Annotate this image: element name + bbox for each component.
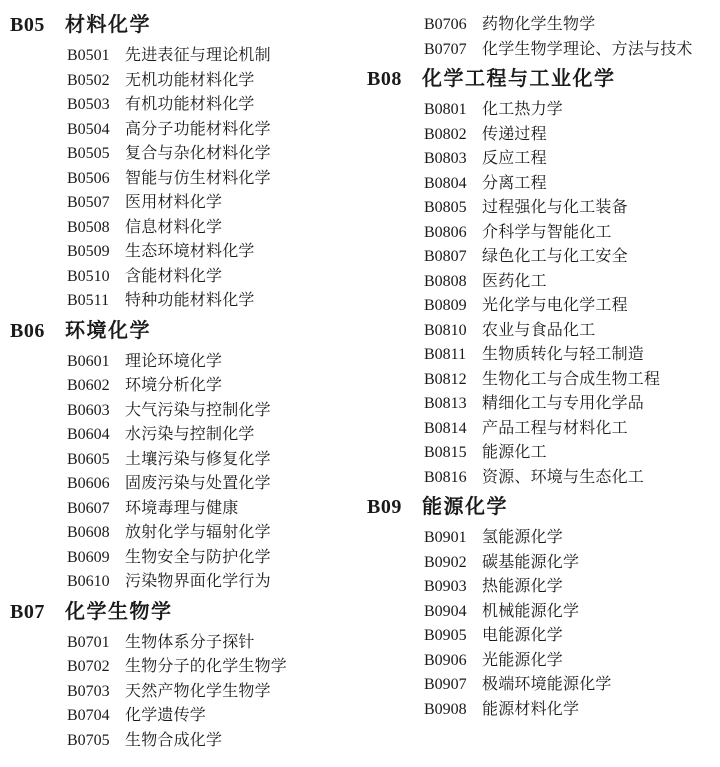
subject-item: B0506智能与仿生材料化学 (67, 167, 360, 192)
subject-code: B0603 (67, 399, 125, 424)
subject-name: 环境分析化学 (125, 374, 222, 399)
subject-item: B0503有机功能材料化学 (67, 93, 360, 118)
subject-name: 有机功能材料化学 (125, 93, 255, 118)
subject-code: B0606 (67, 472, 125, 497)
subject-name: 污染物界面化学行为 (125, 570, 271, 595)
subject-code: B0707 (424, 38, 482, 63)
subject-item: B0814产品工程与材料化工 (424, 417, 720, 442)
subject-item: B0811生物质转化与轻工制造 (424, 343, 720, 368)
subject-name: 碳基能源化学 (482, 551, 579, 576)
subject-code: B0509 (67, 240, 125, 265)
subject-item: B0906光能源化学 (424, 649, 720, 674)
subject-code: B0702 (67, 655, 125, 680)
subject-name: 含能材料化学 (125, 265, 222, 290)
subject-code: B0803 (424, 147, 482, 172)
subject-code: B0811 (424, 343, 482, 368)
subject-item: B0607环境毒理与健康 (67, 497, 360, 522)
subject-item: B0908能源材料化学 (424, 698, 720, 723)
subject-name: 复合与杂化材料化学 (125, 142, 271, 167)
subject-code: B0505 (67, 142, 125, 167)
subject-code: B0501 (67, 44, 125, 69)
subject-item: B0903热能源化学 (424, 575, 720, 600)
subject-code: B0510 (67, 265, 125, 290)
subject-code: B0507 (67, 191, 125, 216)
subject-name: 过程强化与化工装备 (482, 196, 628, 221)
subject-item: B0816资源、环境与生态化工 (424, 466, 720, 491)
section-code: B09 (367, 492, 422, 522)
subject-item: B0803反应工程 (424, 147, 720, 172)
subject-code: B0604 (67, 423, 125, 448)
subject-code: B0802 (424, 123, 482, 148)
subject-code: B0502 (67, 69, 125, 94)
subject-name: 传递过程 (482, 123, 547, 148)
subject-code: B0813 (424, 392, 482, 417)
subject-code: B0508 (67, 216, 125, 241)
subject-name: 电能源化学 (482, 624, 563, 649)
subject-code: B0506 (67, 167, 125, 192)
subject-code: B0812 (424, 368, 482, 393)
subject-name: 生物合成化学 (125, 729, 222, 754)
subject-name: 生态环境材料化学 (125, 240, 255, 265)
subject-name: 光化学与电化学工程 (482, 294, 628, 319)
section-code: B07 (10, 597, 65, 627)
subject-code: B0810 (424, 319, 482, 344)
subject-item: B0805过程强化与化工装备 (424, 196, 720, 221)
subject-code: B0806 (424, 221, 482, 246)
subject-name: 农业与食品化工 (482, 319, 595, 344)
subject-code: B0609 (67, 546, 125, 571)
document: B05材料化学B0501先进表征与理论机制B0502无机功能材料化学B0503有… (0, 0, 720, 767)
subject-item: B0511特种功能材料化学 (67, 289, 360, 314)
subject-item: B0604水污染与控制化学 (67, 423, 360, 448)
subject-code: B0805 (424, 196, 482, 221)
subject-code: B0809 (424, 294, 482, 319)
subject-code: B0605 (67, 448, 125, 473)
subject-name: 反应工程 (482, 147, 547, 172)
subject-code: B0902 (424, 551, 482, 576)
subject-name: 化学生物学理论、方法与技术 (482, 38, 693, 63)
subject-item: B0702生物分子的化学生物学 (67, 655, 360, 680)
subject-code: B0511 (67, 289, 125, 314)
subject-item: B0508信息材料化学 (67, 216, 360, 241)
subject-name: 特种功能材料化学 (125, 289, 255, 314)
subject-code: B0503 (67, 93, 125, 118)
section-title: 能源化学 (422, 492, 508, 522)
subject-name: 生物体系分子探针 (125, 631, 255, 656)
subject-name: 能源化工 (482, 441, 547, 466)
section-heading: B06环境化学 (10, 316, 360, 346)
subject-name: 氢能源化学 (482, 526, 563, 551)
subject-item: B0812生物化工与合成生物工程 (424, 368, 720, 393)
section-heading: B08化学工程与工业化学 (367, 64, 720, 94)
subject-item: B0705生物合成化学 (67, 729, 360, 754)
subject-name: 信息材料化学 (125, 216, 222, 241)
subject-code: B0814 (424, 417, 482, 442)
subject-item: B0801化工热力学 (424, 98, 720, 123)
subject-code: B0908 (424, 698, 482, 723)
subject-item: B0601理论环境化学 (67, 350, 360, 375)
subject-name: 天然产物化学生物学 (125, 680, 271, 705)
subject-item: B0902碳基能源化学 (424, 551, 720, 576)
subject-name: 资源、环境与生态化工 (482, 466, 644, 491)
section-code: B08 (367, 64, 422, 94)
subject-item: B0706药物化学生物学 (424, 13, 720, 38)
subject-item: B0810农业与食品化工 (424, 319, 720, 344)
subject-item: B0609生物安全与防护化学 (67, 546, 360, 571)
section-heading: B07化学生物学 (10, 597, 360, 627)
subject-name: 极端环境能源化学 (482, 673, 612, 698)
subject-name: 精细化工与专用化学品 (482, 392, 644, 417)
subject-name: 绿色化工与化工安全 (482, 245, 628, 270)
subject-code: B0907 (424, 673, 482, 698)
subject-item: B0807绿色化工与化工安全 (424, 245, 720, 270)
subject-name: 化工热力学 (482, 98, 563, 123)
subject-item: B0804分离工程 (424, 172, 720, 197)
subject-name: 机械能源化学 (482, 600, 579, 625)
subject-item: B0509生态环境材料化学 (67, 240, 360, 265)
subject-name: 产品工程与材料化工 (482, 417, 628, 442)
section-code: B05 (10, 10, 65, 40)
subject-item: B0703天然产物化学生物学 (67, 680, 360, 705)
subject-name: 化学遗传学 (125, 704, 206, 729)
subject-code: B0808 (424, 270, 482, 295)
subject-name: 大气污染与控制化学 (125, 399, 271, 424)
subject-code: B0705 (67, 729, 125, 754)
subject-item: B0707化学生物学理论、方法与技术 (424, 38, 720, 63)
subject-item: B0808医药化工 (424, 270, 720, 295)
subject-item: B0608放射化学与辐射化学 (67, 521, 360, 546)
subject-item: B0502无机功能材料化学 (67, 69, 360, 94)
subject-name: 医用材料化学 (125, 191, 222, 216)
subject-code: B0804 (424, 172, 482, 197)
section-heading: B05材料化学 (10, 10, 360, 40)
subject-name: 热能源化学 (482, 575, 563, 600)
subject-name: 土壤污染与修复化学 (125, 448, 271, 473)
subject-item: B0501先进表征与理论机制 (67, 44, 360, 69)
subject-item: B0704化学遗传学 (67, 704, 360, 729)
subject-code: B0801 (424, 98, 482, 123)
subject-name: 生物安全与防护化学 (125, 546, 271, 571)
subject-item: B0505复合与杂化材料化学 (67, 142, 360, 167)
subject-code: B0906 (424, 649, 482, 674)
subject-code: B0816 (424, 466, 482, 491)
subject-name: 能源材料化学 (482, 698, 579, 723)
subject-code: B0904 (424, 600, 482, 625)
subject-name: 药物化学生物学 (482, 13, 595, 38)
subject-name: 介科学与智能化工 (482, 221, 612, 246)
subject-name: 固废污染与处置化学 (125, 472, 271, 497)
subject-name: 智能与仿生材料化学 (125, 167, 271, 192)
subject-code: B0703 (67, 680, 125, 705)
subject-code: B0706 (424, 13, 482, 38)
subject-name: 高分子功能材料化学 (125, 118, 271, 143)
subject-name: 生物质转化与轻工制造 (482, 343, 644, 368)
subject-name: 医药化工 (482, 270, 547, 295)
section-title: 化学生物学 (65, 597, 173, 627)
subject-code: B0905 (424, 624, 482, 649)
subject-code: B0504 (67, 118, 125, 143)
subject-item: B0904机械能源化学 (424, 600, 720, 625)
column-left: B05材料化学B0501先进表征与理论机制B0502无机功能材料化学B0503有… (0, 8, 360, 767)
subject-name: 水污染与控制化学 (125, 423, 255, 448)
subject-name: 放射化学与辐射化学 (125, 521, 271, 546)
subject-item: B0701生物体系分子探针 (67, 631, 360, 656)
subject-item: B0809光化学与电化学工程 (424, 294, 720, 319)
section-heading: B09能源化学 (367, 492, 720, 522)
section-title: 材料化学 (65, 10, 151, 40)
subject-item: B0802传递过程 (424, 123, 720, 148)
subject-item: B0603大气污染与控制化学 (67, 399, 360, 424)
subject-name: 生物化工与合成生物工程 (482, 368, 660, 393)
subject-item: B0901氢能源化学 (424, 526, 720, 551)
subject-item: B0813精细化工与专用化学品 (424, 392, 720, 417)
subject-item: B0610污染物界面化学行为 (67, 570, 360, 595)
subject-code: B0610 (67, 570, 125, 595)
subject-code: B0903 (424, 575, 482, 600)
section-title: 环境化学 (65, 316, 151, 346)
subject-code: B0901 (424, 526, 482, 551)
subject-code: B0608 (67, 521, 125, 546)
subject-code: B0807 (424, 245, 482, 270)
subject-item: B0606固废污染与处置化学 (67, 472, 360, 497)
subject-name: 环境毒理与健康 (125, 497, 238, 522)
subject-code: B0704 (67, 704, 125, 729)
subject-code: B0601 (67, 350, 125, 375)
column-right: B0706药物化学生物学B0707化学生物学理论、方法与技术B08化学工程与工业… (360, 8, 720, 767)
subject-code: B0607 (67, 497, 125, 522)
section-code: B06 (10, 316, 65, 346)
subject-code: B0815 (424, 441, 482, 466)
section-title: 化学工程与工业化学 (422, 64, 616, 94)
subject-item: B0602环境分析化学 (67, 374, 360, 399)
subject-item: B0504高分子功能材料化学 (67, 118, 360, 143)
subject-item: B0510含能材料化学 (67, 265, 360, 290)
subject-name: 生物分子的化学生物学 (125, 655, 287, 680)
subject-name: 先进表征与理论机制 (125, 44, 271, 69)
subject-item: B0806介科学与智能化工 (424, 221, 720, 246)
subject-item: B0605土壤污染与修复化学 (67, 448, 360, 473)
subject-item: B0907极端环境能源化学 (424, 673, 720, 698)
subject-code: B0602 (67, 374, 125, 399)
subject-name: 光能源化学 (482, 649, 563, 674)
subject-name: 分离工程 (482, 172, 547, 197)
subject-name: 理论环境化学 (125, 350, 222, 375)
subject-item: B0905电能源化学 (424, 624, 720, 649)
subject-item: B0507医用材料化学 (67, 191, 360, 216)
subject-code: B0701 (67, 631, 125, 656)
subject-item: B0815能源化工 (424, 441, 720, 466)
subject-name: 无机功能材料化学 (125, 69, 255, 94)
